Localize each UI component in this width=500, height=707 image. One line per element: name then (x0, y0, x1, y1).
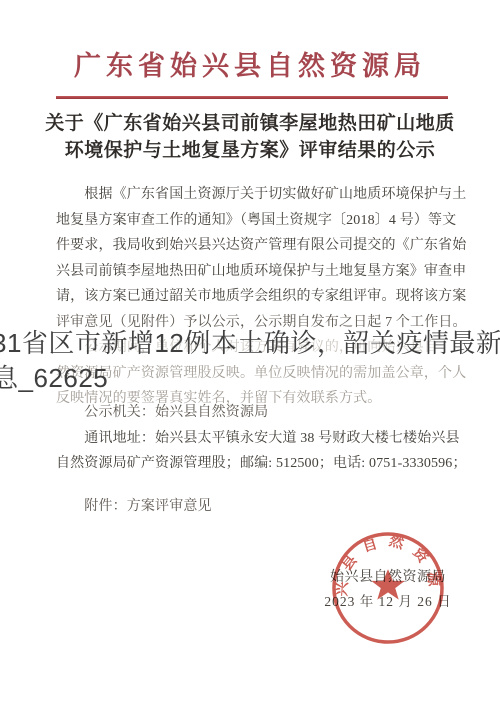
caption-overlay: 31省区市新增12例本土确诊，韶关疫情最新消 息_62625 (0, 326, 500, 396)
body-line: 地复垦方案审查工作的通知》（粤国土资规字〔2018〕4 号）等文 (56, 208, 454, 234)
notice-title-line2: 环境保护与土地复垦方案》评审结果的公示 (30, 137, 470, 164)
caption-line1: 31省区市新增12例本土确诊，韶关疫情最新消 (0, 326, 500, 361)
contact-address-line1: 通讯地址：始兴县太平镇永安大道 38 号财政大楼七楼始兴县 (56, 426, 454, 452)
notice-title-line1: 关于《广东省始兴县司前镇李屋地热田矿山地质 (30, 110, 470, 137)
contact-info-block: 公示机关：始兴县自然资源局 通讯地址：始兴县太平镇永安大道 38 号财政大楼七楼… (56, 400, 454, 477)
seal-star-icon (371, 569, 405, 599)
caption-line2: 息_62625 (0, 361, 500, 396)
notice-title: 关于《广东省始兴县司前镇李屋地热田矿山地质 环境保护与土地复垦方案》评审结果的公… (30, 110, 470, 164)
body-paragraph-1: 根据《广东省国土资源厅关于切实做好矿山地质环境保护与土 地复垦方案审查工作的通知… (56, 182, 454, 335)
attachment-line: 附件：方案评审意见 (56, 494, 454, 520)
attachment-text: 附件：方案评审意见 (56, 494, 454, 520)
scanned-notice-page: { "colors": { "header_red": "#a5464e", "… (0, 0, 500, 707)
body-line: 请，该方案已通过韶关市地质学会组织的专家组评审。现将该方案 (56, 284, 454, 310)
body-line: 根据《广东省国土资源厅关于切实做好矿山地质环境保护与土 (56, 182, 454, 208)
masthead-divider-rule (56, 96, 448, 99)
official-seal-icon: 始兴县自然资源局 (330, 528, 446, 648)
notice-authority-line: 公示机关：始兴县自然资源局 (56, 400, 454, 426)
agency-masthead: 广东省始兴县自然资源局 (0, 49, 500, 83)
body-line: 件要求，我局收到始兴县兴达资产管理有限公司提交的《广东省始 (56, 233, 454, 259)
contact-address-line2: 自然资源局矿产资源管理股；邮编: 512500；电话: 0751-3330596… (56, 451, 454, 477)
body-line: 兴县司前镇李屋地热田矿山地质环境保护与土地复垦方案》审查申 (56, 259, 454, 285)
